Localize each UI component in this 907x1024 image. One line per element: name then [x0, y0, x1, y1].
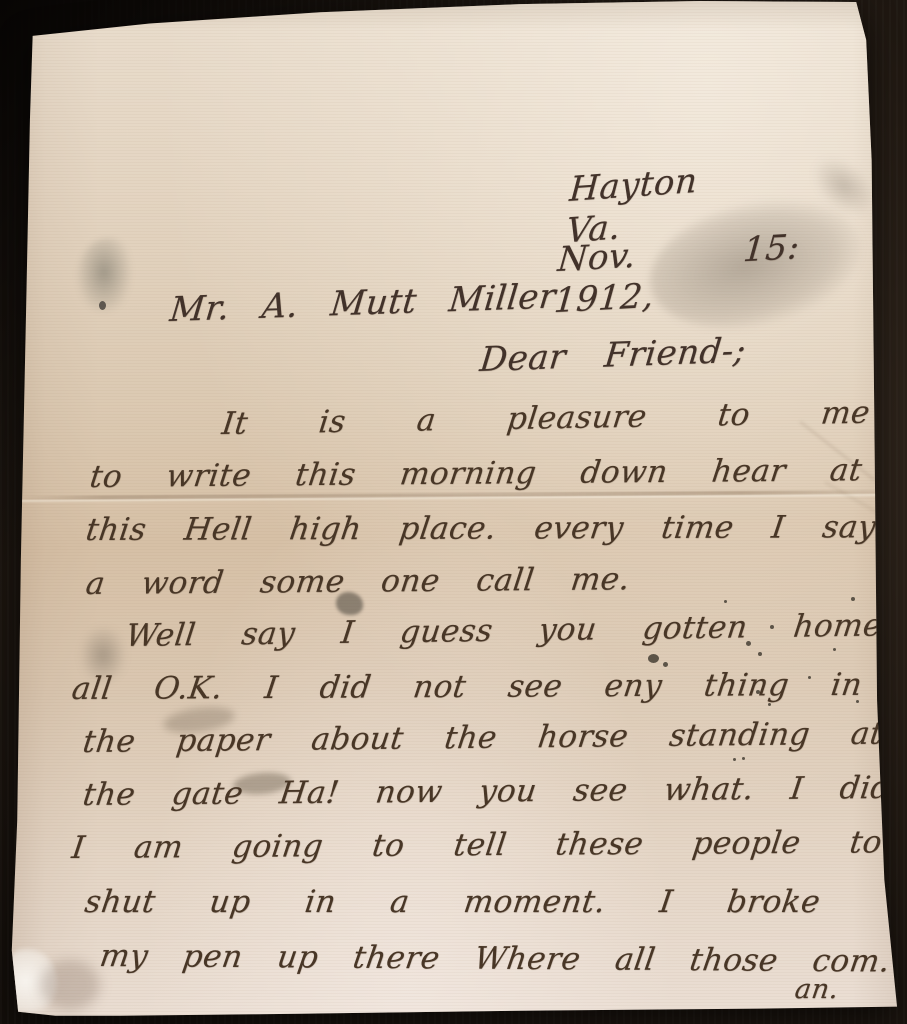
ink-dot [99, 301, 106, 310]
body-line-8: the gate Ha! now you see what. I did [81, 770, 894, 814]
letter-paper: Hayton Va. Nov. 15: 1912, Mr. A. Mutt Mi… [0, 0, 907, 1024]
body-line-9: I am going to tell these people to [70, 824, 885, 867]
heading-date: Nov. 15: 1912, [552, 227, 801, 322]
body-line-11: my pen up there Where all those com. [97, 938, 892, 981]
fold-shadow [40, 960, 100, 1010]
worn-spot [4, 948, 58, 1014]
body-line-2: to write this morning down hear at [88, 452, 865, 496]
ink-spatter-dot [648, 654, 659, 663]
body-line-3: this Hell high place. every time I say [83, 509, 878, 549]
body-line-4: a word some one call me. [84, 561, 649, 603]
ink-smudge-date-tail [802, 145, 887, 227]
ink-spatter-dot [742, 757, 745, 760]
ink-spatter-dot [733, 758, 736, 761]
paper-shadow-wrap: Hayton Va. Nov. 15: 1912, Mr. A. Mutt Mi… [0, 0, 907, 1024]
salutation: Dear Friend-; [478, 331, 748, 381]
catchword: an. [793, 974, 841, 1006]
ink-spatter-dot [663, 662, 668, 667]
body-line-10: shut up in a moment. I broke [82, 884, 822, 921]
ink-spatter-dot [851, 597, 855, 601]
body-line-1: It is a pleasure to me [220, 395, 872, 444]
ink-spatter-dot [724, 600, 727, 603]
body-line-5: Well say I guess you gotten home [124, 607, 885, 655]
ink-spatter-dot [833, 648, 836, 651]
letter-photograph: Hayton Va. Nov. 15: 1912, Mr. A. Mutt Mi… [0, 0, 907, 1024]
ink-spatter-dot [758, 652, 762, 656]
recipient: Mr. A. Mutt Miller [168, 276, 558, 330]
body-line-6: all O.K. I did not see eny thing in [69, 667, 864, 708]
body-line-7: the paper about the horse standing at [81, 716, 886, 762]
